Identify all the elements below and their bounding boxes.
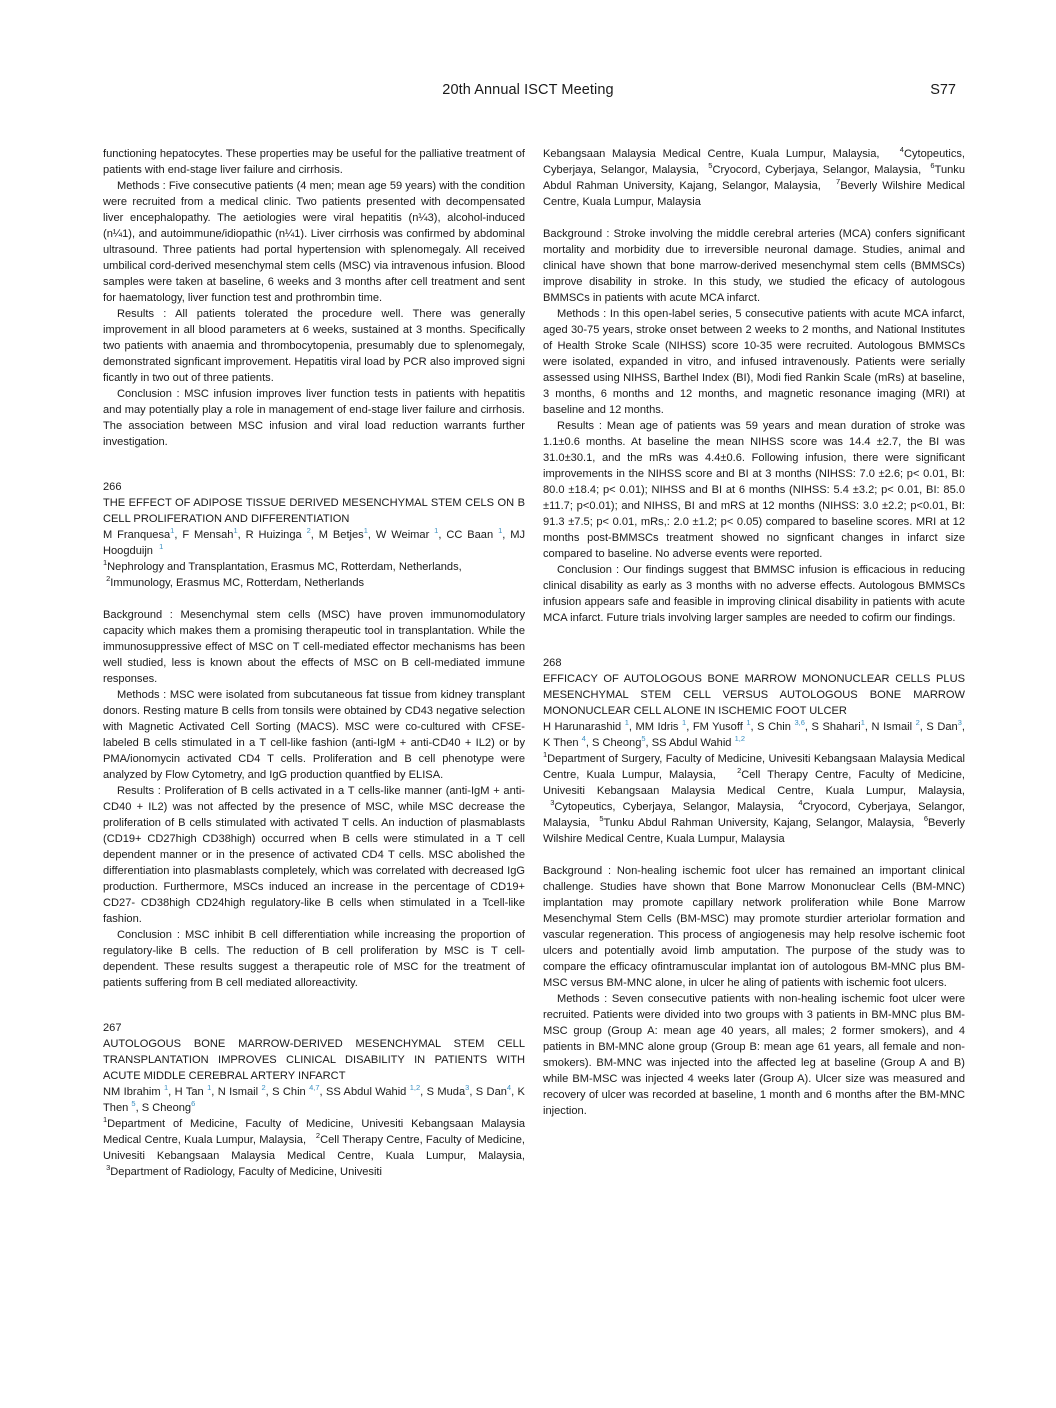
author-name: H Tan [175, 1086, 204, 1098]
author-name: MM Idris [636, 721, 679, 733]
author-name: S Cheong [142, 1102, 191, 1114]
conclusion-paragraph: Conclusion : MSC infusion improves liver… [103, 386, 525, 450]
author-name: S Cheong [592, 737, 641, 749]
affiliation-superscript: 4 [507, 1083, 511, 1092]
affiliation-superscript: 3 [465, 1083, 469, 1092]
author-name: CC Baan [446, 529, 493, 541]
affiliation-superscript: 1 [682, 718, 686, 727]
affiliation-superscript: 1 [164, 1083, 168, 1092]
affiliation-text: Tunku Abdul Rahman University, Kajang, S… [604, 817, 915, 829]
conclusion-paragraph: Conclusion : MSC inhibit B cell differen… [103, 927, 525, 991]
background-paragraph: Background : Stroke involving the middle… [543, 226, 965, 306]
affiliation-superscript: 6 [191, 1099, 195, 1108]
abstract-267-continued: Kebangsaan Malaysia Medical Centre, Kual… [543, 146, 965, 626]
abstract-title: AUTOLOGOUS BONE MARROW-DERIVED MESENCHYM… [103, 1036, 525, 1084]
affiliation-superscript: 1 [498, 526, 502, 535]
affiliation-superscript: 1 [207, 1083, 211, 1092]
left-column: functioning hepatocytes. These propertie… [103, 146, 525, 1180]
author-list: M Franquesa1, F Mensah1, R Huizinga 2, M… [103, 527, 525, 559]
abstract-title: EFFICACY OF AUTOLOGOUS BONE MARROW MONON… [543, 671, 965, 719]
affiliation-text: Kebangsaan Malaysia Medical Centre, Kual… [543, 148, 880, 160]
affiliation-text: Department of Radiology, Faculty of Medi… [110, 1166, 382, 1178]
abstract-number: 268 [543, 655, 965, 671]
author-list: NM Ibrahim 1, H Tan 1, N Ismail 2, S Chi… [103, 1084, 525, 1116]
affiliation-list: 1Nephrology and Transplantation, Erasmus… [103, 559, 525, 591]
author-name: FM Yusoff [693, 721, 743, 733]
affiliation-text: Cytopeutics, Cyberjaya, Selangor, Malays… [554, 801, 784, 813]
abstract-267: 267 AUTOLOGOUS BONE MARROW-DERIVED MESEN… [103, 1020, 525, 1180]
affiliation-superscript: 4 [582, 734, 586, 743]
affiliation-superscript: 1 [861, 718, 865, 727]
affiliation-superscript: 1,2 [735, 734, 745, 743]
background-paragraph: Background : Mesenchymal stem cells (MSC… [103, 607, 525, 687]
affiliation-superscript: 1 [364, 526, 368, 535]
background-paragraph: Background : Non-healing ischemic foot u… [543, 863, 965, 991]
author-name: S Chin [272, 1086, 306, 1098]
affiliation-superscript: 5 [641, 734, 645, 743]
affiliation-list: Kebangsaan Malaysia Medical Centre, Kual… [543, 146, 965, 210]
affiliation-superscript: 1 [159, 542, 163, 551]
author-name: S Muda [427, 1086, 466, 1098]
abstract-title: THE EFFECT OF ADIPOSE TISSUE DERIVED MES… [103, 495, 525, 527]
running-header: 20th Annual ISCT Meeting S77 [100, 82, 956, 104]
right-column: Kebangsaan Malaysia Medical Centre, Kual… [543, 146, 965, 1119]
affiliation-list: 1Department of Medicine, Faculty of Medi… [103, 1116, 525, 1180]
author-list: H Harunarashid 1, MM Idris 1, FM Yusoff … [543, 719, 965, 751]
intro-paragraph: functioning hepatocytes. These propertie… [103, 146, 525, 178]
abstract-265-continued: functioning hepatocytes. These propertie… [103, 146, 525, 450]
author-name: R Huizinga [246, 529, 302, 541]
results-paragraph: Results : Proliferation of B cells activ… [103, 783, 525, 927]
affiliation-text: Cryocord, Cyberjaya, Selangor, Malaysia, [712, 164, 921, 176]
affiliation-superscript: 5 [131, 1099, 135, 1108]
author-name: H Harunarashid [543, 721, 621, 733]
affiliation-superscript: 2 [307, 526, 311, 535]
affiliation-superscript: 1 [170, 526, 174, 535]
author-name: S Dan [476, 1086, 507, 1098]
affiliation-superscript: 2 [261, 1083, 265, 1092]
abstract-268: 268 EFFICACY OF AUTOLOGOUS BONE MARROW M… [543, 655, 965, 1119]
conclusion-paragraph: Conclusion : Our findings suggest that B… [543, 562, 965, 626]
affiliation-superscript: 1 [746, 718, 750, 727]
author-name: S Dan [926, 721, 957, 733]
author-name: F Mensah [182, 529, 233, 541]
affiliation-superscript: 1,2 [410, 1083, 420, 1092]
affiliation-superscript: 2 [916, 718, 920, 727]
abstract-number: 267 [103, 1020, 525, 1036]
author-name: NM Ibrahim [103, 1086, 161, 1098]
methods-paragraph: Methods : Five consecutive patients (4 m… [103, 178, 525, 306]
author-name: S Shahari [812, 721, 861, 733]
author-name: M Betjes [319, 529, 364, 541]
affiliation-superscript: 1 [625, 718, 629, 727]
author-name: N Ismail [218, 1086, 258, 1098]
author-name: SS Abdul Wahid [652, 737, 732, 749]
methods-paragraph: Methods : In this open-label series, 5 c… [543, 306, 965, 418]
affiliation-text: Immunology, Erasmus MC, Rotterdam, Nethe… [110, 577, 364, 589]
affiliation-list: 1Department of Surgery, Faculty of Medic… [543, 751, 965, 847]
author-name: N Ismail [872, 721, 913, 733]
abstract-number: 266 [103, 479, 525, 495]
affiliation-superscript: 3 [958, 718, 962, 727]
methods-paragraph: Methods : Seven consecutive patients wit… [543, 991, 965, 1119]
results-paragraph: Results : All patients tolerated the pro… [103, 306, 525, 386]
author-name: M Franquesa [103, 529, 170, 541]
affiliation-superscript: 4,7 [309, 1083, 319, 1092]
page-number: S77 [930, 82, 956, 98]
author-name: W Weimar [376, 529, 429, 541]
author-name: K Then [543, 737, 579, 749]
journal-title: 20th Annual ISCT Meeting [100, 82, 956, 98]
affiliation-superscript: 1 [434, 526, 438, 535]
author-name: SS Abdul Wahid [326, 1086, 406, 1098]
results-paragraph: Results : Mean age of patients was 59 ye… [543, 418, 965, 562]
abstract-266: 266 THE EFFECT OF ADIPOSE TISSUE DERIVED… [103, 479, 525, 991]
affiliation-superscript: 3,6 [794, 718, 804, 727]
affiliation-superscript: 1 [233, 526, 237, 535]
affiliation-text: Nephrology and Transplantation, Erasmus … [107, 561, 462, 573]
methods-paragraph: Methods : MSC were isolated from subcuta… [103, 687, 525, 783]
author-name: S Chin [757, 721, 791, 733]
